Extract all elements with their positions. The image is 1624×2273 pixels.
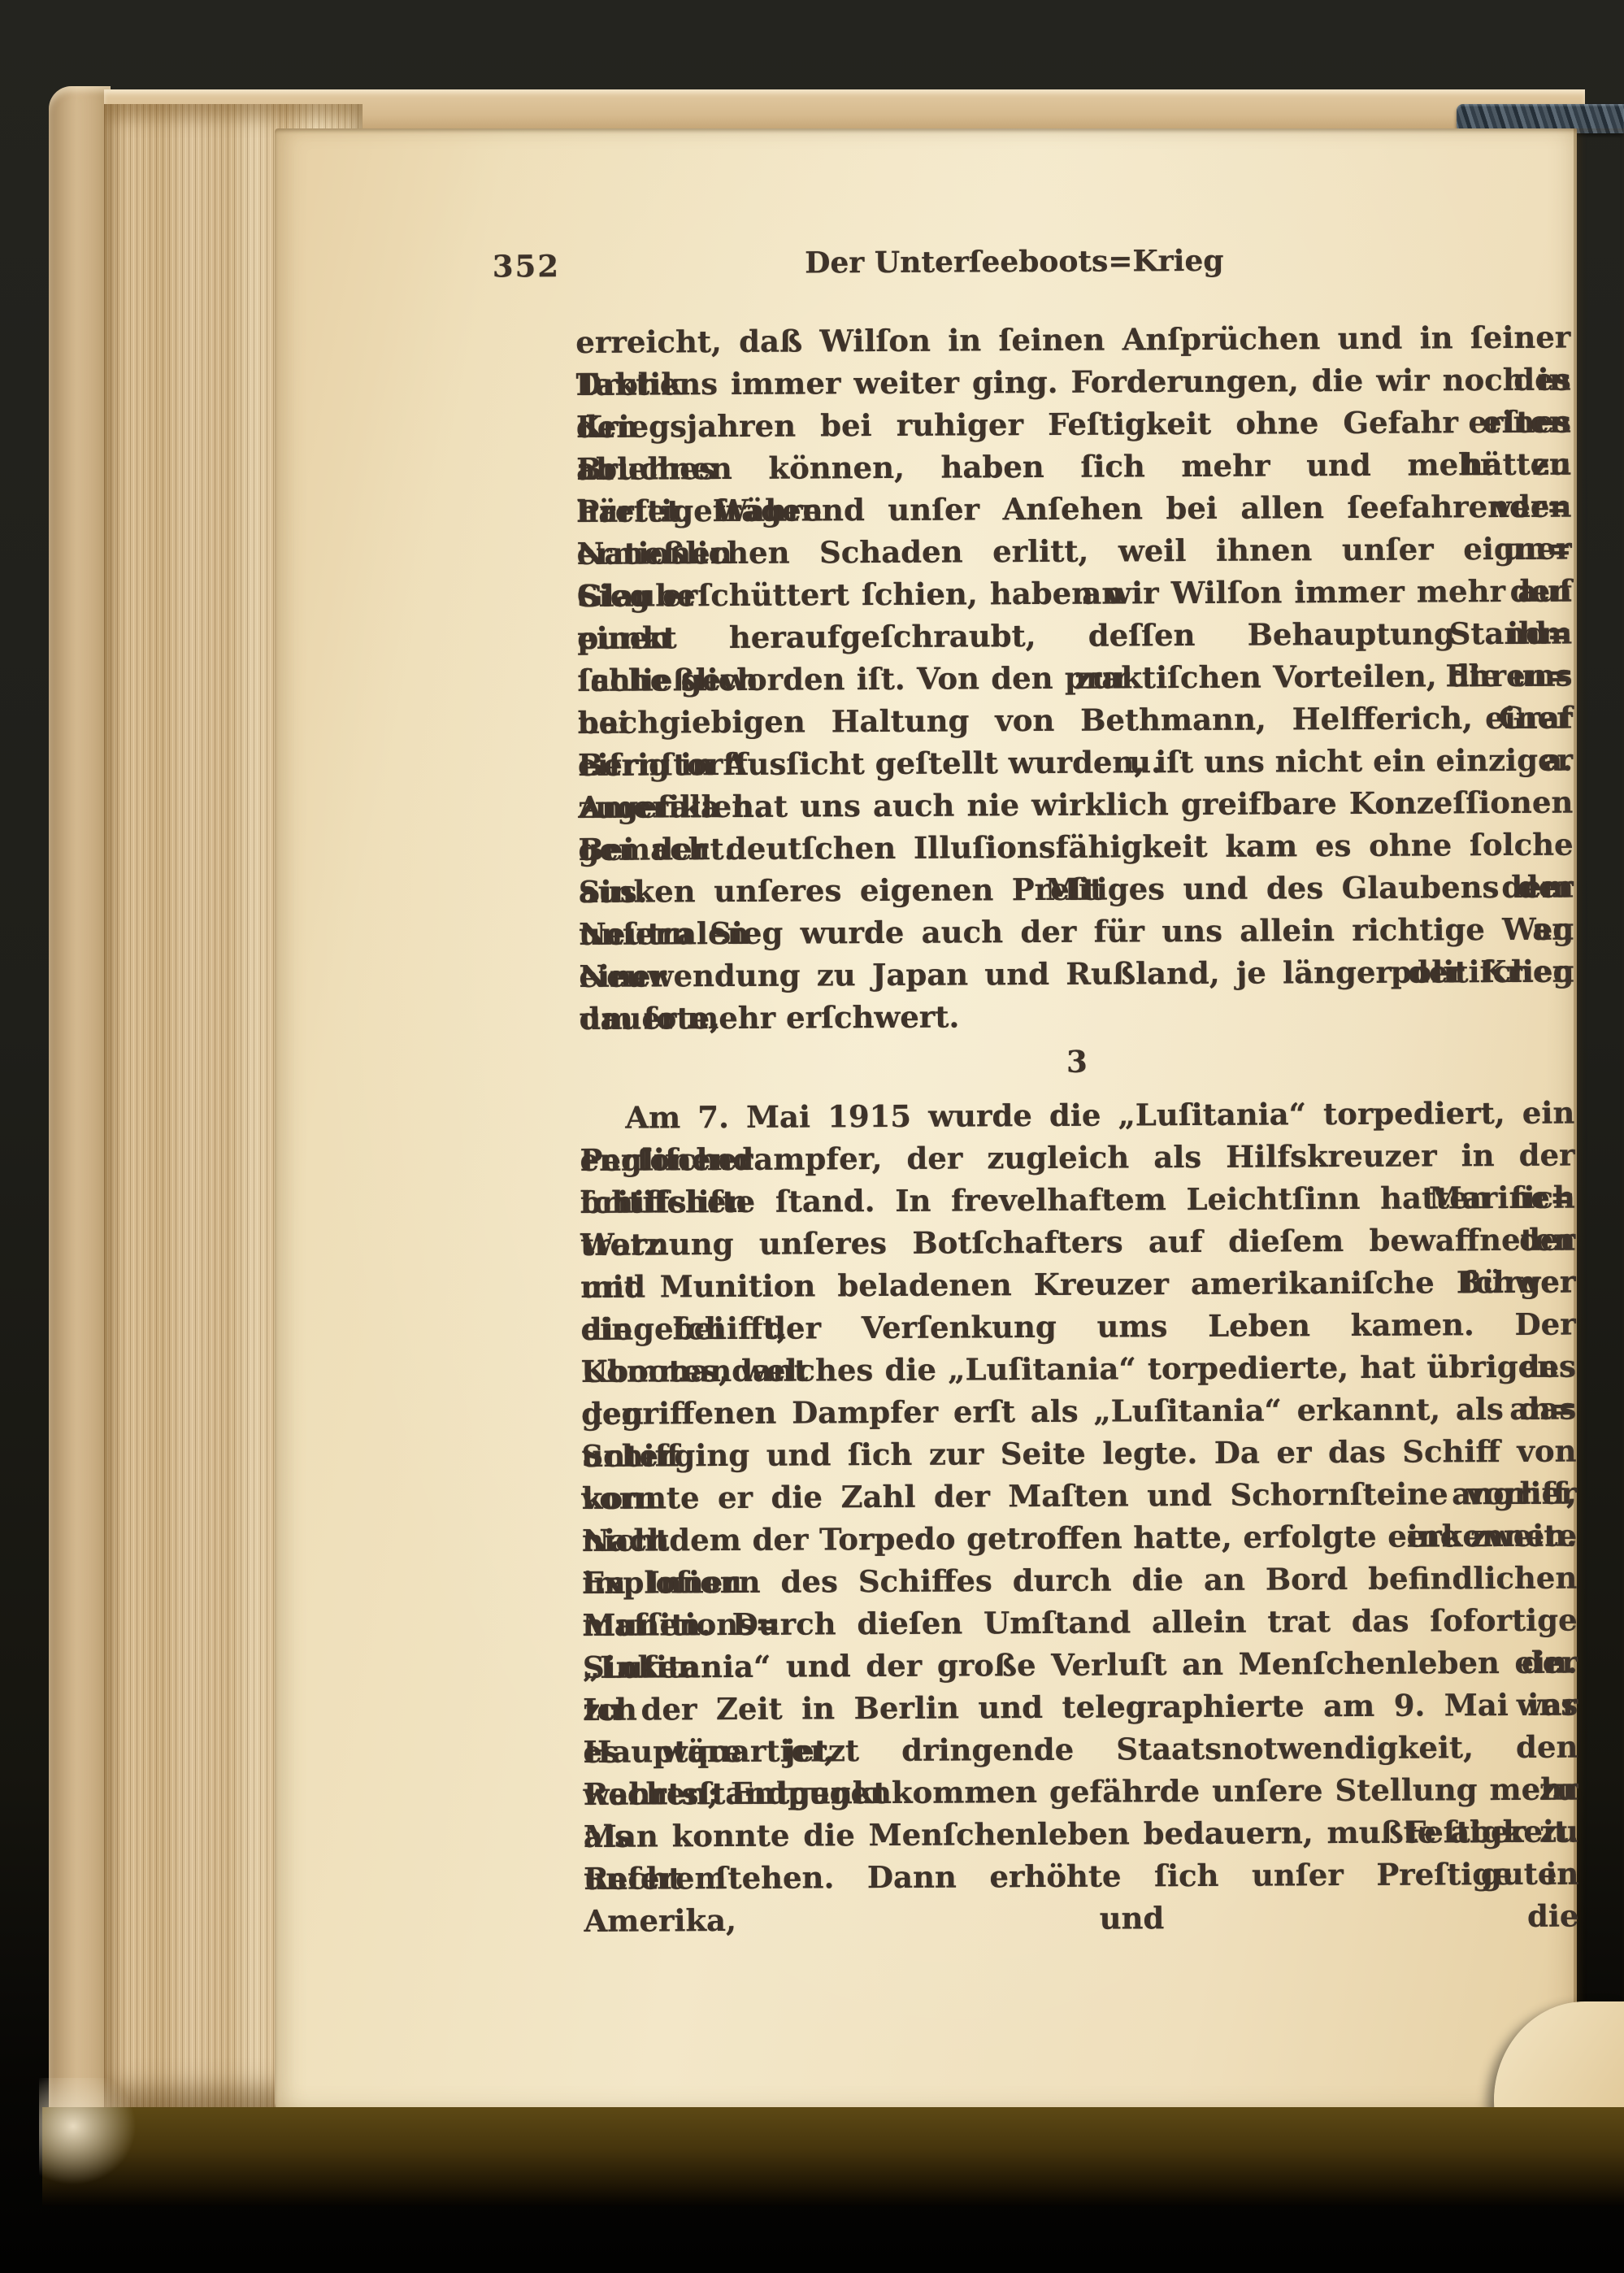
text-line: Am 7. Mai 1915 wurde die „Luſitania“ tor… bbox=[580, 1092, 1574, 1139]
text-line: ſchiffsliſte ſtand. In frevelhaftem Leic… bbox=[580, 1176, 1575, 1223]
text-line: um ſo mehr erſchwert. bbox=[580, 993, 1574, 1040]
section-number: 3 bbox=[580, 1041, 1574, 1082]
text-line: konnte er die Zahl der Maſten und Schorn… bbox=[582, 1472, 1577, 1519]
text-line: punkt heraufgeſchraubt, deſſen Behauptun… bbox=[577, 612, 1572, 659]
text-line: Nachdem der Torpedo getroffen hatte, erf… bbox=[582, 1515, 1577, 1562]
text-line: Recht ſtehen. Dann erhöhte ſich unſer Pr… bbox=[584, 1853, 1578, 1900]
text-line: Man konnte die Menſchenleben bedauern, m… bbox=[584, 1810, 1578, 1858]
text-line: erreicht, daß Wilſon in ſeinen Anſprüche… bbox=[575, 316, 1570, 363]
text-line: „Luſitania“ und der große Verluſt an Men… bbox=[583, 1641, 1578, 1688]
text-line: härtet. Während unſer Anſehen bei allen … bbox=[576, 485, 1571, 532]
text-line: ſache geworden iſt. Von den praktiſchen … bbox=[577, 654, 1572, 702]
text-line: maſſen. Durch dieſen Umſtand allein trat… bbox=[582, 1599, 1577, 1646]
text-line: zu der Zeit in Berlin und telegraphierte… bbox=[583, 1684, 1578, 1731]
text-line: nachgiebigen Haltung von Bethmann, Helff… bbox=[578, 697, 1573, 744]
text-line: ablehnen können, haben ſich mehr und meh… bbox=[576, 443, 1571, 490]
text-line: unterging und ſich zur Seite legte. Da e… bbox=[581, 1430, 1576, 1477]
text-line: unſern Sieg wurde auch der für uns allei… bbox=[579, 908, 1574, 955]
text-line: Drohens immer weiter ging. Forderungen, … bbox=[575, 359, 1570, 406]
page-number: 352 bbox=[493, 248, 560, 284]
text-line: wahren; Entgegenkommen gefährde unſere S… bbox=[584, 1768, 1578, 1815]
text-line: Amerika hat uns auch nie wirklich greifb… bbox=[578, 781, 1573, 828]
text-line: Bei der deutſchen Illuſionsfähigkeit kam… bbox=[578, 824, 1573, 871]
text-line: im Innern des Schiffes durch die an Bord… bbox=[582, 1557, 1577, 1604]
text-line: Ubootes, welches die „Luſitania“ torpedi… bbox=[581, 1345, 1576, 1393]
text-line: mit Munition beladenen Kreuzer amerikani… bbox=[580, 1261, 1575, 1308]
text-line: Warnung unſeres Botſchafters auf dieſem … bbox=[580, 1219, 1575, 1266]
book-photo: 352 Der Unterſeeboots=Krieg erreicht, da… bbox=[0, 0, 1624, 2273]
text-line: Sieg erſchüttert ſchien, haben wir Wilſo… bbox=[577, 570, 1572, 617]
text-line: eifrig in Ausſicht geſtellt wurden, iſt … bbox=[578, 739, 1573, 786]
text-line: Perſonendampfer, der zugleich als Hilfsk… bbox=[580, 1134, 1574, 1181]
running-header: Der Unterſeeboots=Krieg bbox=[575, 242, 1453, 281]
text-line: Sinken unſeres eigenen Preſtiges und des… bbox=[579, 866, 1574, 913]
text-line: gegriffenen Dampfer erſt als „Luſitania“… bbox=[581, 1388, 1576, 1435]
paragraph-1: erreicht, daß Wilſon in ſeinen Anſprüche… bbox=[575, 316, 1574, 1040]
printed-text-layer: 352 Der Unterſeeboots=Krieg erreicht, da… bbox=[0, 0, 1624, 2273]
text-line: die bei der Verſenkung ums Leben kamen. … bbox=[581, 1303, 1576, 1350]
paragraph-2: Am 7. Mai 1915 wurde die „Luſitania“ tor… bbox=[580, 1092, 1578, 1900]
text-line: Neuwendung zu Japan und Rußland, je läng… bbox=[579, 950, 1574, 997]
text-line: Kriegsjahren bei ruhiger Feſtigkeit ohne… bbox=[576, 401, 1571, 448]
text-line: es wäre jetzt dringende Staatsnotwendigk… bbox=[583, 1726, 1578, 1773]
text-line: ermeßlichen Schaden erlitt, weil ihnen u… bbox=[577, 528, 1572, 575]
